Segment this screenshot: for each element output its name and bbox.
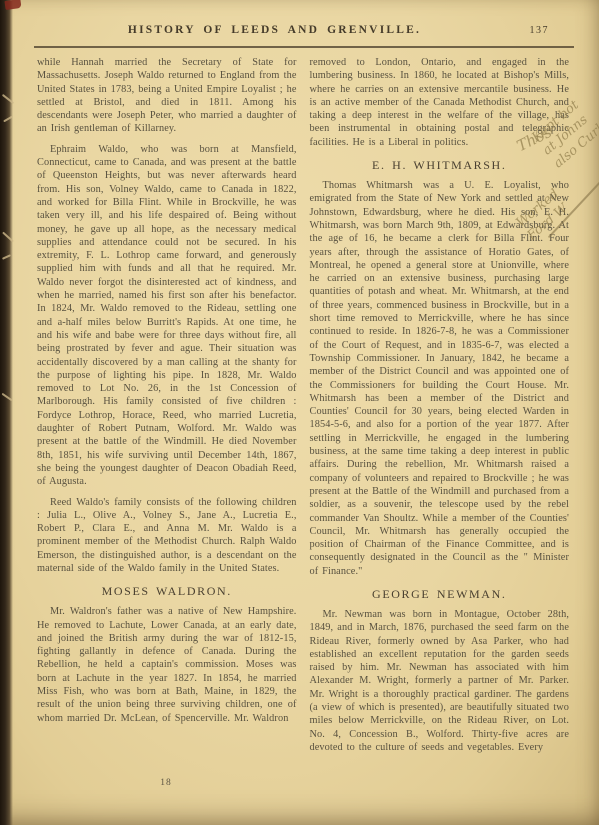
red-corner-mark xyxy=(4,0,21,10)
paragraph-column-continuation: removed to London, Ontario, and engaged … xyxy=(310,56,570,149)
section-heading-e-h-whitmarsh: E. H. WHITMARSH. xyxy=(310,158,570,173)
header-rule xyxy=(34,46,574,48)
paragraph-reed-waldo-family: Reed Waldo's family consists of the foll… xyxy=(37,496,297,576)
section-heading-moses-waldron: MOSES WALDRON. xyxy=(37,584,297,599)
stitch-thread xyxy=(2,232,14,243)
book-page-scan: HISTORY OF LEEDS AND GRENVILLE. 137 whil… xyxy=(0,0,599,825)
stitch-thread xyxy=(2,393,13,402)
left-column: while Hannah married the Secretary of St… xyxy=(37,56,297,804)
section-heading-george-newman: GEORGE NEWMAN. xyxy=(310,587,570,602)
binding-edge xyxy=(0,0,13,825)
paragraph-ephraim-waldo: Ephraim Waldo, who was born at Mansfield… xyxy=(37,143,297,489)
page-title: HISTORY OF LEEDS AND GRENVILLE. xyxy=(36,24,513,36)
page-number: 137 xyxy=(530,25,550,36)
text-columns: while Hannah married the Secretary of St… xyxy=(37,56,569,804)
paragraph-moses-waldron: Mr. Waldron's father was a native of New… xyxy=(37,605,297,725)
paragraph-george-newman: Mr. Newman was born in Montague, October… xyxy=(310,608,570,754)
paragraph-waldo-continuation: while Hannah married the Secretary of St… xyxy=(37,56,297,136)
signature-mark: 18 xyxy=(37,778,295,788)
right-column: removed to London, Ontario, and engaged … xyxy=(310,56,570,804)
stitch-thread xyxy=(2,94,14,104)
paragraph-whitmarsh: Thomas Whitmarsh was a U. E. Loyalist, w… xyxy=(310,179,570,578)
running-head: HISTORY OF LEEDS AND GRENVILLE. 137 xyxy=(36,24,573,42)
stitch-thread xyxy=(3,116,13,123)
stitch-thread xyxy=(2,254,11,259)
